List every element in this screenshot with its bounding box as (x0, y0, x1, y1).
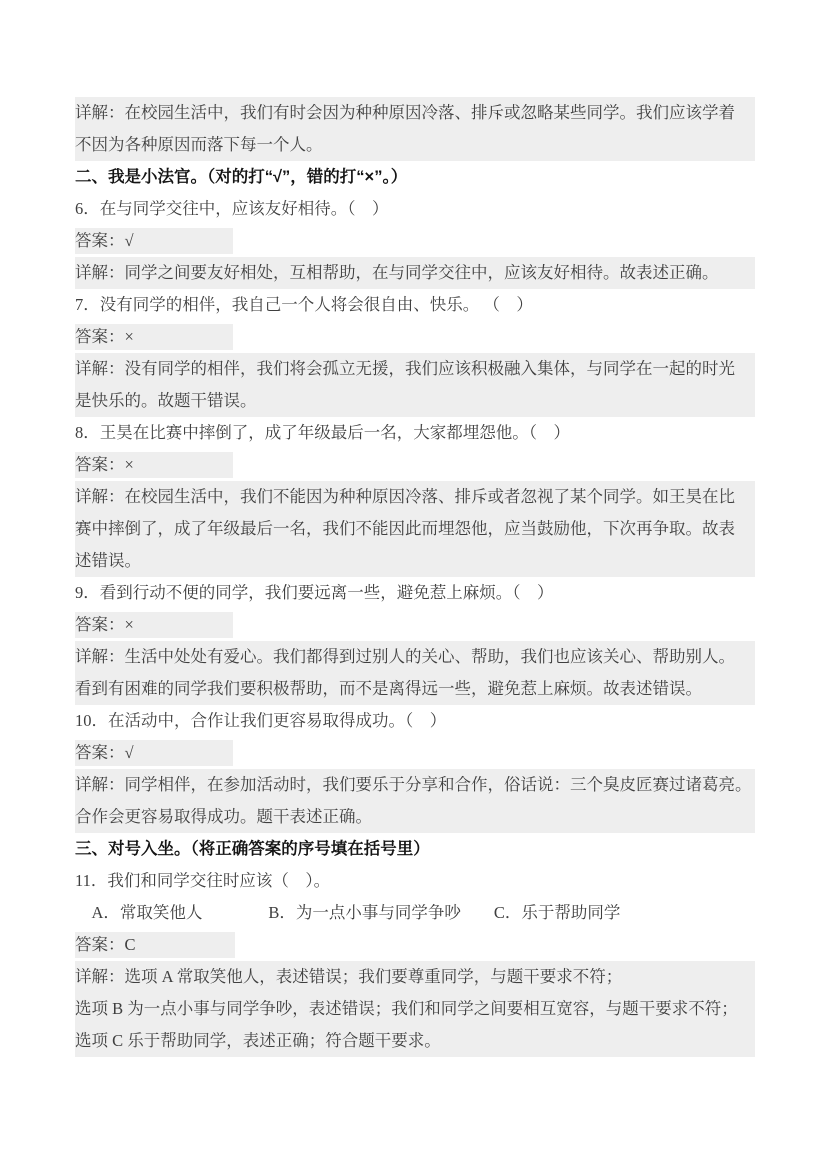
explanation-question-5: 详解：在校园生活中，我们有时会因为种种原因冷落、排斥或忽略某些同学。我们应该学着… (75, 97, 755, 161)
question-10: 10．在活动中，合作让我们更容易取得成功。（ ） (75, 705, 755, 737)
explanation-question-9: 详解：生活中处处有爱心。我们都得到过别人的关心、帮助，我们也应该关心、帮助别人。… (75, 641, 755, 705)
answer-highlight: 答案：× (75, 452, 233, 478)
answer-10: 答案：√ (75, 737, 755, 769)
question-9: 9．看到行动不便的同学，我们要远离一些，避免惹上麻烦。（ ） (75, 577, 755, 609)
explanation-question-10: 详解：同学相伴，在参加活动时，我们要乐于分享和合作，俗话说：三个臭皮匠赛过诸葛亮… (75, 769, 755, 833)
document-body: 详解：在校园生活中，我们有时会因为种种原因冷落、排斥或忽略某些同学。我们应该学着… (75, 97, 755, 1057)
answer-highlight: 答案：C (75, 932, 235, 958)
section-heading-3: 三、对号入坐。（将正确答案的序号填在括号里） (75, 833, 755, 865)
answer-7: 答案：× (75, 321, 755, 353)
answer-highlight: 答案：× (75, 324, 233, 350)
explanation-question-8: 详解：在校园生活中，我们不能因为种种原因冷落、排斥或者忽视了某个同学。如王昊在比… (75, 481, 755, 577)
explanation-question-11: 详解：选项 A 常取笑他人，表述错误；我们要尊重同学，与题干要求不符； 选项 B… (75, 961, 755, 1057)
question-6: 6．在与同学交往中，应该友好相待。（ ） (75, 193, 755, 225)
question-7: 7．没有同学的相伴，我自己一个人将会很自由、快乐。 （ ） (75, 289, 755, 321)
answer-8: 答案：× (75, 449, 755, 481)
question-11: 11．我们和同学交往时应该（ ）。 (75, 865, 755, 897)
question-8: 8．王昊在比赛中摔倒了，成了年级最后一名，大家都埋怨他。（ ） (75, 417, 755, 449)
answer-highlight: 答案：√ (75, 740, 233, 766)
section-heading-2: 二、我是小法官。（对的打“√”，错的打“×”。） (75, 161, 755, 193)
options-question-11: A．常取笑他人 B．为一点小事与同学争吵 C．乐于帮助同学 (75, 897, 755, 929)
explanation-question-6: 详解：同学之间要友好相处，互相帮助，在与同学交往中，应该友好相待。故表述正确。 (75, 257, 755, 289)
answer-highlight: 答案：× (75, 612, 233, 638)
answer-highlight: 答案：√ (75, 228, 233, 254)
explanation-question-7: 详解：没有同学的相伴，我们将会孤立无援，我们应该积极融入集体，与同学在一起的时光… (75, 353, 755, 417)
answer-6: 答案：√ (75, 225, 755, 257)
answer-9: 答案：× (75, 609, 755, 641)
answer-11: 答案：C (75, 929, 755, 961)
